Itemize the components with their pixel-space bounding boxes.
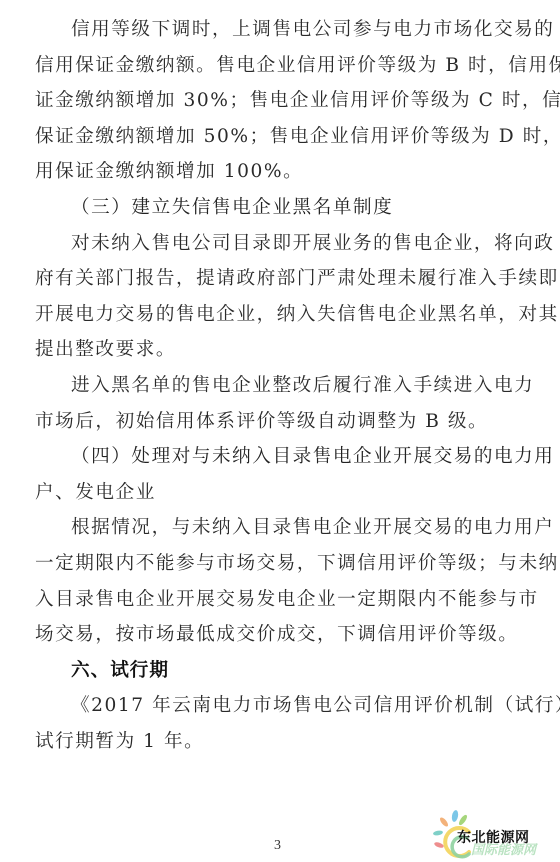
- paragraph-line: 信用等级下调时，上调售电公司参与电力市场化交易的: [35, 12, 497, 48]
- paragraph-line: 试行期暂为 1 年。: [35, 724, 497, 760]
- watermark-logo: 国际能源网 东北能源网: [425, 808, 560, 862]
- section-heading-4: （四）处理对与未纳入目录售电企业开展交易的电力用: [35, 439, 497, 475]
- paragraph-line: 开展电力交易的售电企业，纳入失信售电企业黑名单，对其: [35, 297, 497, 333]
- paragraph-line: 一定期限内不能参与市场交易，下调信用评价等级；与未纳: [35, 546, 497, 582]
- document-page: 信用等级下调时，上调售电公司参与电力市场化交易的 信用保证金缴纳额。售电企业信用…: [35, 12, 497, 759]
- paragraph-line: 信用保证金缴纳额。售电企业信用评价等级为 B 时，信用保: [35, 48, 497, 84]
- paragraph-line: 保证金缴纳额增加 50%；售电企业信用评价等级为 D 时，信: [35, 119, 497, 155]
- watermark-text: 东北能源网: [457, 827, 530, 847]
- paragraph-line: 证金缴纳额增加 30%；售电企业信用评价等级为 C 时，信用: [35, 83, 497, 119]
- paragraph-line: 场交易，按市场最低成交价成交，下调信用评价等级。: [35, 617, 497, 653]
- paragraph-line: 用保证金缴纳额增加 100%。: [35, 154, 497, 190]
- paragraph-line: 《2017 年云南电力市场售电公司信用评价机制（试行）》: [35, 688, 497, 724]
- paragraph-line: 根据情况，与未纳入目录售电企业开展交易的电力用户: [35, 510, 497, 546]
- paragraph-line: 府有关部门报告，提请政府部门严肃处理未履行准入手续即: [35, 261, 497, 297]
- page-number: 3: [274, 838, 281, 854]
- paragraph-line: 市场后，初始信用体系评价等级自动调整为 B 级。: [35, 404, 497, 440]
- paragraph-line: 对未纳入售电公司目录即开展业务的售电企业，将向政: [35, 226, 497, 262]
- section-heading-4-continued: 户、发电企业: [35, 475, 497, 511]
- paragraph-line: 提出整改要求。: [35, 332, 497, 368]
- section-heading-6: 六、试行期: [35, 653, 497, 689]
- paragraph-line: 进入黑名单的售电企业整改后履行准入手续进入电力: [35, 368, 497, 404]
- paragraph-line: 入目录售电企业开展交易发电企业一定期限内不能参与市: [35, 582, 497, 618]
- section-heading-3: （三）建立失信售电企业黑名单制度: [35, 190, 497, 226]
